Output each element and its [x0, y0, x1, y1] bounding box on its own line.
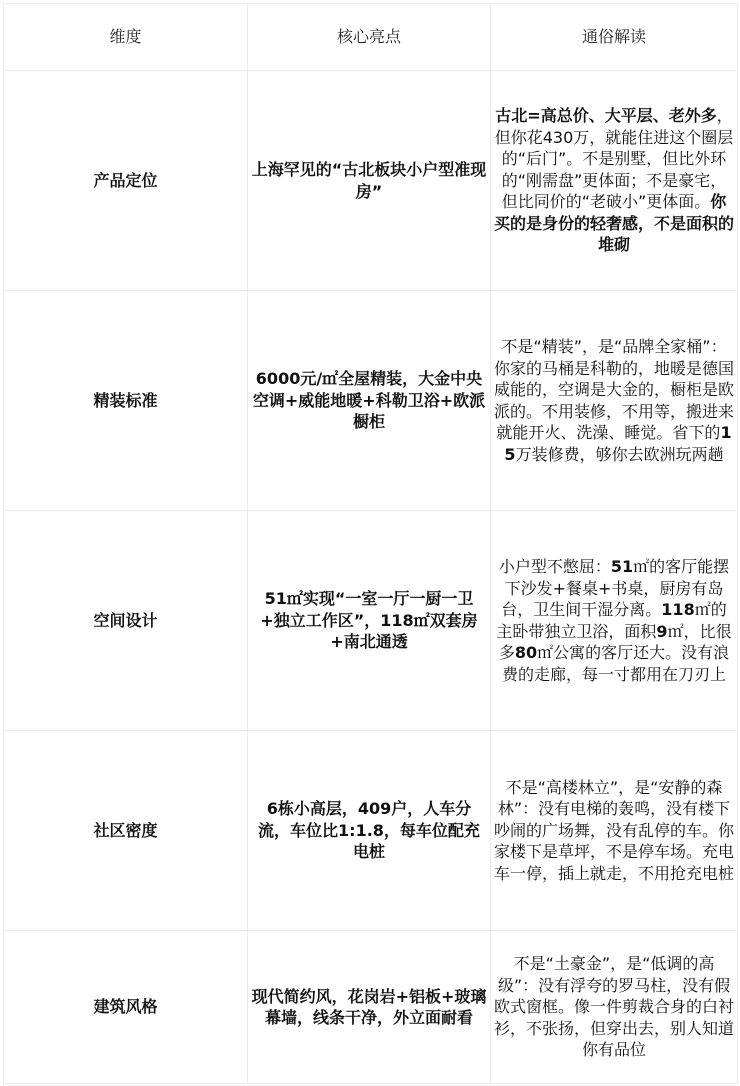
body-text: ㎡公寓的客厅还大。没有浪费的走廊，每一寸都用在刀刃上 — [502, 643, 729, 684]
highlight-cell: 现代简约风，花岗岩+铝板+玻璃幕墙，线条干净，外立面耐看 — [248, 931, 491, 1084]
body-text: 万装修费，够你去欧洲玩两趟 — [516, 445, 724, 464]
header-highlight: 核心亮点 — [248, 4, 491, 71]
emphasis-text: 118 — [661, 600, 694, 619]
table-row: 精装标准 6000元/㎡全屋精装，大金中央空调+威能地暖+科勒卫浴+欧派橱柜 不… — [4, 291, 738, 511]
header-dimension: 维度 — [4, 4, 248, 71]
highlight-cell: 上海罕见的“古北板块小户型准现房” — [248, 71, 491, 291]
highlight-cell: 6000元/㎡全屋精装，大金中央空调+威能地暖+科勒卫浴+欧派橱柜 — [248, 291, 491, 511]
explanation-cell: 古北=高总价、大平层、老外多，但你花430万，就能住进这个圈层的“后门”。不是别… — [491, 71, 738, 291]
header-row: 维度 核心亮点 通俗解读 — [4, 4, 738, 71]
table-row: 产品定位 上海罕见的“古北板块小户型准现房” 古北=高总价、大平层、老外多，但你… — [4, 71, 738, 291]
dimension-cell: 空间设计 — [4, 511, 248, 731]
explanation-cell: 不是“高楼林立”，是“安静的森林”：没有电梯的轰鸣，没有楼下吵闹的广场舞，没有乱… — [491, 731, 738, 931]
body-text: 不是“精装”，是“品牌全家桶”：你家的马桶是科勒的，地暖是德国威能的，空调是大金… — [494, 337, 734, 442]
dimension-cell: 精装标准 — [4, 291, 248, 511]
header-explanation: 通俗解读 — [491, 4, 738, 71]
explanation-cell: 不是“精装”，是“品牌全家桶”：你家的马桶是科勒的，地暖是德国威能的，空调是大金… — [491, 291, 738, 511]
table-row: 社区密度 6栋小高层，409户，人车分流，车位比1:1.8，每车位配充电桩 不是… — [4, 731, 738, 931]
comparison-table: 维度 核心亮点 通俗解读 产品定位 上海罕见的“古北板块小户型准现房” 古北=高… — [3, 3, 738, 1084]
highlight-cell: 51㎡实现“一室一厅一厨一卫+独立工作区”，118㎡双套房+南北通透 — [248, 511, 491, 731]
emphasis-text: 9 — [656, 622, 667, 641]
emphasis-text: 80 — [515, 643, 537, 662]
table-row: 建筑风格 现代简约风，花岗岩+铝板+玻璃幕墙，线条干净，外立面耐看 不是“土豪金… — [4, 931, 738, 1084]
body-text: 小户型不憋屈： — [499, 557, 611, 576]
emphasis-text: 古北=高总价、大平层、老外多 — [495, 106, 716, 125]
emphasis-text: 51 — [611, 557, 633, 576]
explanation-cell: 不是“土豪金”，是“低调的高级”：没有浮夸的罗马柱，没有假欧式窗框。像一件剪裁合… — [491, 931, 738, 1084]
dimension-cell: 社区密度 — [4, 731, 248, 931]
body-text: 不是“土豪金”，是“低调的高级”：没有浮夸的罗马柱，没有假欧式窗框。像一件剪裁合… — [494, 954, 734, 1059]
dimension-cell: 建筑风格 — [4, 931, 248, 1084]
body-text: 不是“高楼林立”，是“安静的森林”：没有电梯的轰鸣，没有楼下吵闹的广场舞，没有乱… — [494, 778, 734, 883]
table-row: 空间设计 51㎡实现“一室一厅一厨一卫+独立工作区”，118㎡双套房+南北通透 … — [4, 511, 738, 731]
explanation-cell: 小户型不憋屈：51㎡的客厅能摆下沙发+餐桌+书桌，厨房有岛台，卫生间干湿分离。1… — [491, 511, 738, 731]
dimension-cell: 产品定位 — [4, 71, 248, 291]
highlight-cell: 6栋小高层，409户，人车分流，车位比1:1.8，每车位配充电桩 — [248, 731, 491, 931]
